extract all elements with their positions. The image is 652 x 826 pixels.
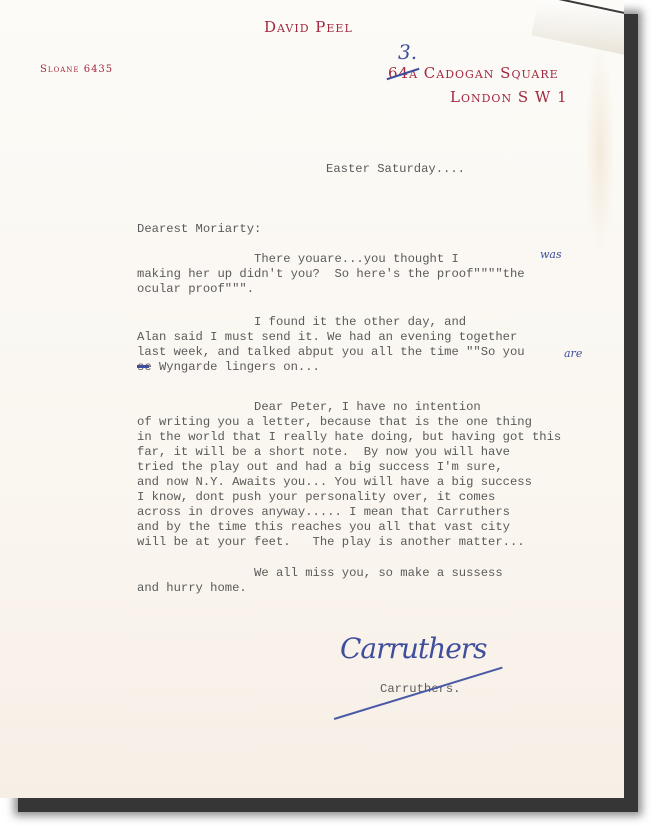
letterhead-phone: Sloane 6435	[40, 64, 113, 75]
paper-stain	[585, 40, 615, 260]
text-line: making her up didn't you? So here's the …	[137, 267, 525, 282]
text-line: and now N.Y. Awaits you... You will have…	[137, 475, 561, 490]
handwritten-house-number: 3.	[398, 40, 417, 64]
text-line: in the world that I really hate doing, b…	[137, 430, 561, 445]
text-line: last week, and talked abput you all the …	[137, 345, 525, 360]
handwritten-signature: Carruthers	[340, 632, 487, 665]
struck-house-number: 64a	[388, 64, 418, 82]
curled-corner	[531, 0, 624, 58]
ink-strikeout	[137, 365, 149, 368]
letterhead-name: David Peel	[264, 18, 353, 36]
text-line: of writing you a letter, because that is…	[137, 415, 561, 430]
text-line: and by the time this reaches you all tha…	[137, 520, 561, 535]
paragraph-4: We all miss you, so make a sussessand hu…	[137, 566, 503, 596]
paragraph-2: I found it the other day, andAlan said I…	[137, 315, 525, 375]
text-line: will be at your feet. The play is anothe…	[137, 535, 561, 550]
text-line: se Wyngarde lingers on...	[137, 360, 525, 375]
text-line: We all miss you, so make a sussess	[137, 566, 503, 581]
letter-page: David Peel Sloane 6435 64a Cadogan Squar…	[0, 0, 624, 798]
handwritten-insert-was: was	[540, 248, 562, 261]
paragraph-1: There youare...you thought Imaking her u…	[137, 252, 525, 297]
paragraph-3: Dear Peter, I have no intentionof writin…	[137, 400, 561, 550]
letter-date: Easter Saturday....	[326, 162, 465, 177]
signature-flourish-line	[334, 667, 503, 720]
text-line: I found it the other day, and	[137, 315, 525, 330]
text-line: far, it will be a short note. By now you…	[137, 445, 561, 460]
handwritten-insert-are: are	[564, 347, 582, 360]
salutation: Dearest Moriarty:	[137, 222, 261, 237]
text-line: ocular proof""".	[137, 282, 525, 297]
text-line: I know, dont push your personality over,…	[137, 490, 561, 505]
text-line: tried the play out and had a big success…	[137, 460, 561, 475]
text-line: and hurry home.	[137, 581, 503, 596]
letterhead-address-city: London S W 1	[450, 88, 568, 106]
text-line: Alan said I must send it. We had an even…	[137, 330, 525, 345]
text-line: There youare...you thought I	[137, 252, 525, 267]
letterhead-address-street: 64a Cadogan Square	[388, 64, 559, 82]
street-name: Cadogan Square	[418, 64, 559, 82]
text-line: Dear Peter, I have no intention	[137, 400, 561, 415]
text-line: across in droves anyway..... I mean that…	[137, 505, 561, 520]
